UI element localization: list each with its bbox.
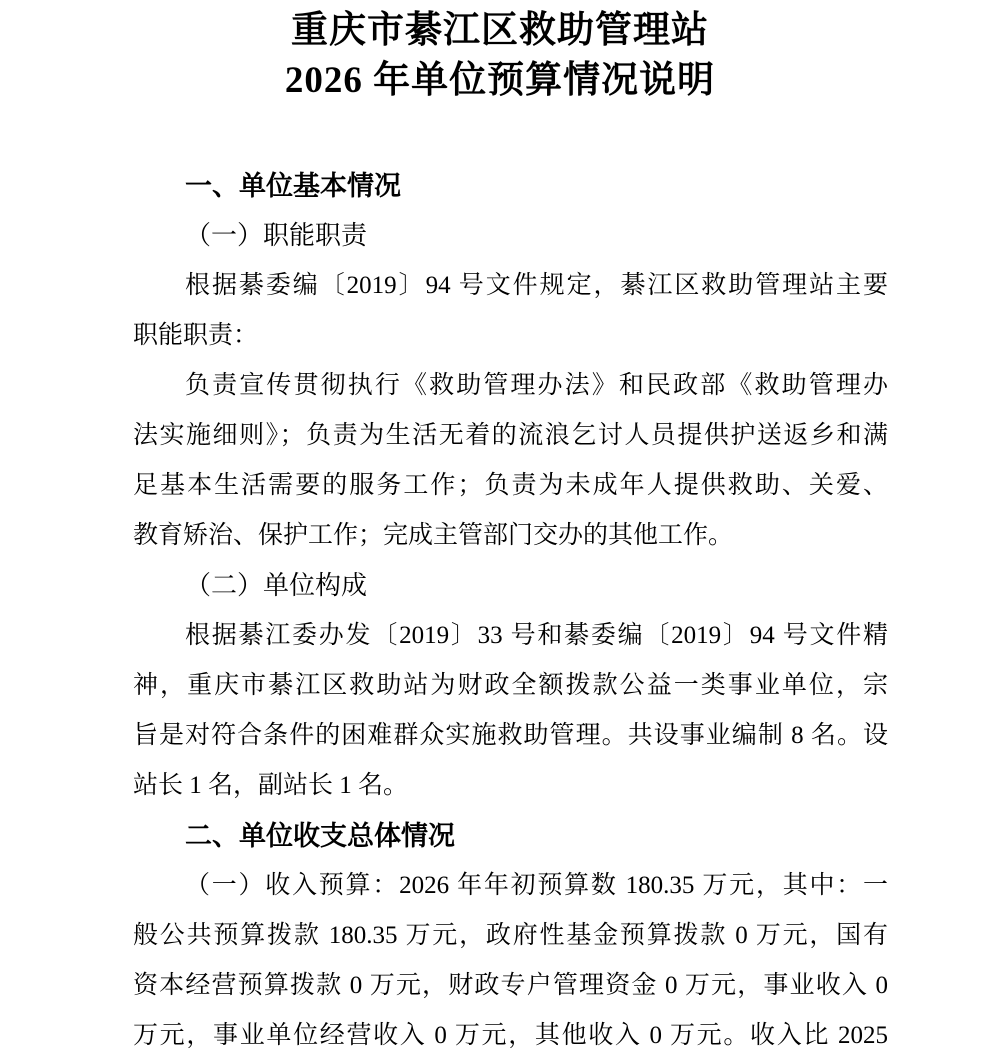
paragraph-line: 根据綦委编〔2019〕94 号文件规定，綦江区救助管理站主要 [133, 261, 888, 311]
paragraph-line: 足基本生活需要的服务工作；负责为未成年人提供救助、关爱、 [133, 461, 888, 511]
paragraph-line: 职能职责： [133, 311, 888, 361]
paragraph-line: 根据綦江委办发〔2019〕33 号和綦委编〔2019〕94 号文件精 [133, 611, 888, 661]
paragraph-line: 神，重庆市綦江区救助站为财政全额拨款公益一类事业单位，宗 [133, 661, 888, 711]
title-line-2: 2026 年单位预算情况说明 [0, 56, 1000, 106]
paragraph-line: 教育矫治、保护工作；完成主管部门交办的其他工作。 [133, 511, 888, 561]
document-body: 一、单位基本情况 （一）职能职责 根据綦委编〔2019〕94 号文件规定，綦江区… [133, 161, 888, 1061]
paragraph-line: 负责宣传贯彻执行《救助管理办法》和民政部《救助管理办 [133, 361, 888, 411]
document-title: 重庆市綦江区救助管理站 2026 年单位预算情况说明 [0, 0, 1000, 106]
paragraph-line: 旨是对符合条件的困难群众实施救助管理。共设事业编制 8 名。设 [133, 711, 888, 761]
section-heading-basic-info: 一、单位基本情况 [133, 161, 888, 211]
subsection-heading-duties: （一）职能职责 [133, 211, 888, 261]
paragraph-line: 站长 1 名，副站长 1 名。 [133, 761, 888, 811]
title-line-1: 重庆市綦江区救助管理站 [0, 6, 1000, 56]
paragraph-line: 般公共预算拨款 180.35 万元，政府性基金预算拨款 0 万元，国有 [133, 911, 888, 961]
paragraph-line: 万元，事业单位经营收入 0 万元，其他收入 0 万元。收入比 2025 [133, 1011, 888, 1061]
section-heading-budget-overview: 二、单位收支总体情况 [133, 811, 888, 861]
paragraph-line: （一）收入预算：2026 年年初预算数 180.35 万元，其中：一 [133, 861, 888, 911]
paragraph-line: 法实施细则》；负责为生活无着的流浪乞讨人员提供护送返乡和满 [133, 411, 888, 461]
paragraph-line: 资本经营预算拨款 0 万元，财政专户管理资金 0 万元，事业收入 0 [133, 961, 888, 1011]
subsection-heading-composition: （二）单位构成 [133, 561, 888, 611]
document-page: 重庆市綦江区救助管理站 2026 年单位预算情况说明 一、单位基本情况 （一）职… [0, 0, 1000, 1062]
